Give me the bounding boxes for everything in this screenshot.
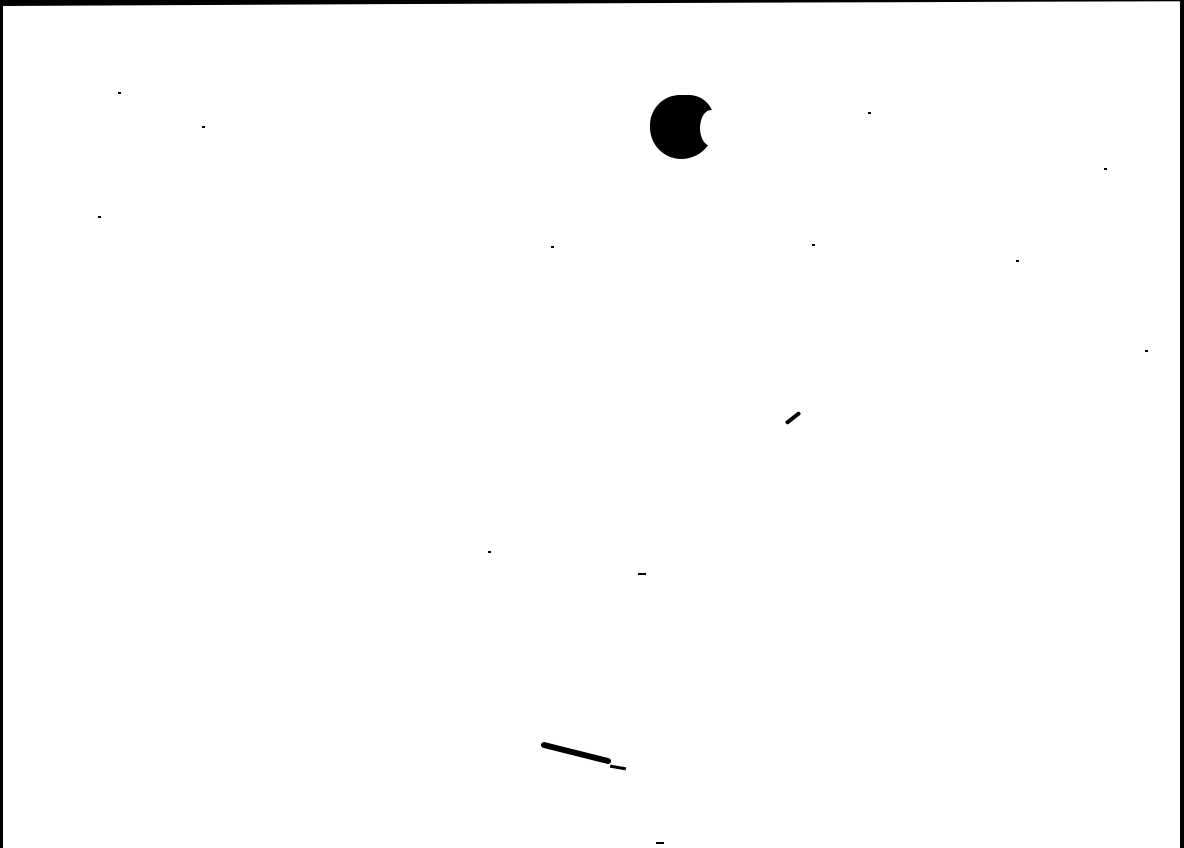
speck [118,92,121,94]
left-border [0,0,3,848]
speck [1016,260,1019,262]
blob-highlight [700,110,722,146]
speck [551,246,554,248]
small-dash [785,411,802,425]
lower-streak-tail [610,765,626,771]
speck [202,126,205,128]
scanned-page [0,0,1184,848]
top-border [0,0,1184,6]
speck [638,573,646,575]
lower-streak [540,741,611,764]
right-border [1180,0,1184,848]
speck [1104,168,1107,170]
speck [812,244,815,246]
speck [1145,350,1148,352]
speck [488,551,491,553]
speck [656,842,664,844]
speck [98,216,101,218]
speck [868,112,871,114]
